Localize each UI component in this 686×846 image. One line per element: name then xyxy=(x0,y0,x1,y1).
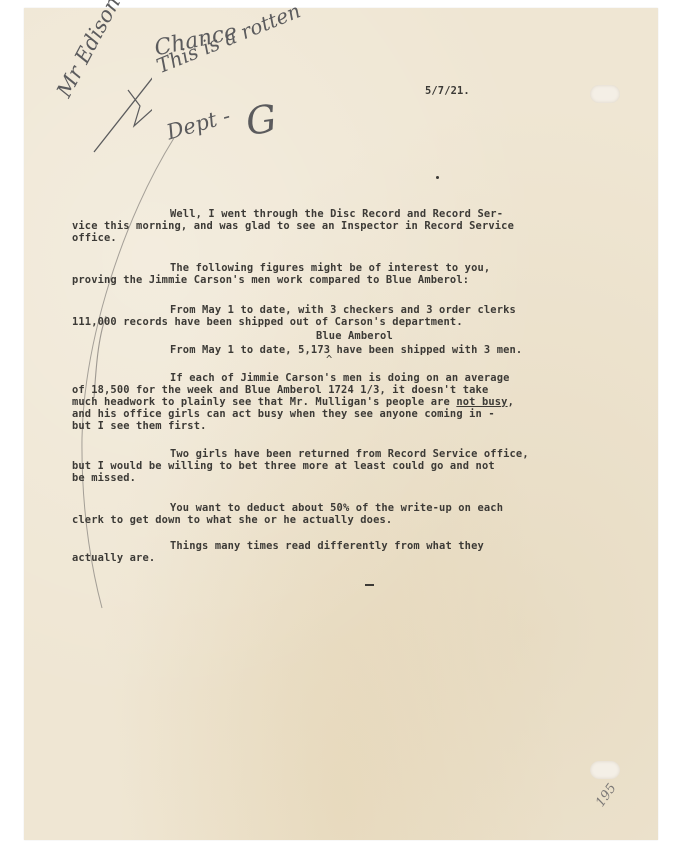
paragraph-6-line-3: be missed. xyxy=(72,472,136,484)
insertion-blue-amberol: Blue Amberol xyxy=(316,330,393,342)
paragraph-6-line-1: Two girls have been returned from Record… xyxy=(170,448,529,460)
paragraph-5-line-5: but I see them first. xyxy=(72,420,207,432)
ink-speck xyxy=(436,176,439,179)
handwritten-initial: G xyxy=(243,96,279,144)
paragraph-5-line-3: much headwork to plainly see that Mr. Mu… xyxy=(72,396,514,408)
paragraph-5-line-4: and his office girls can act busy when t… xyxy=(72,408,495,420)
paragraph-7-line-2: clerk to get down to what she or he actu… xyxy=(72,514,392,526)
paragraph-3-line-1: From May 1 to date, with 3 checkers and … xyxy=(170,304,516,316)
paragraph-5-line-1: If each of Jimmie Carson's men is doing … xyxy=(170,372,510,384)
paragraph-5-line-3-text: much headwork to plainly see that Mr. Mu… xyxy=(72,396,456,408)
paragraph-8-line-1: Things many times read differently from … xyxy=(170,540,484,552)
paragraph-2-line-1: The following figures might be of intere… xyxy=(170,262,490,274)
paragraph-3-line-2: 111,000 records have been shipped out of… xyxy=(72,316,463,328)
document-page: Mr Edison Chance This is a rotten Dept -… xyxy=(24,8,658,840)
closing-dash xyxy=(365,584,374,586)
handwritten-page-number: 195 xyxy=(593,781,620,810)
paragraph-4-line-1: From May 1 to date, 5,173 have been ship… xyxy=(170,344,522,356)
letter-date: 5/7/21. xyxy=(425,85,470,97)
paragraph-7-line-1: You want to deduct about 50% of the writ… xyxy=(170,502,503,514)
paragraph-2-line-2: proving the Jimmie Carson's men work com… xyxy=(72,274,469,286)
emphasis-comma: , xyxy=(508,396,514,408)
paragraph-1-line-2: vice this morning, and was glad to see a… xyxy=(72,220,514,232)
paragraph-6-line-2: but I would be willing to bet three more… xyxy=(72,460,495,472)
insertion-caret: ^ xyxy=(326,354,332,366)
paragraph-5-line-2: of 18,500 for the week and Blue Amberol … xyxy=(72,384,488,396)
punch-hole-top xyxy=(590,85,620,103)
emphasis-not-busy: not busy xyxy=(456,396,507,408)
paragraph-8-line-2: actually are. xyxy=(72,552,155,564)
paragraph-1-line-1: Well, I went through the Disc Record and… xyxy=(170,208,503,220)
punch-hole-bottom xyxy=(590,761,620,779)
paragraph-1-line-3: office. xyxy=(72,232,117,244)
